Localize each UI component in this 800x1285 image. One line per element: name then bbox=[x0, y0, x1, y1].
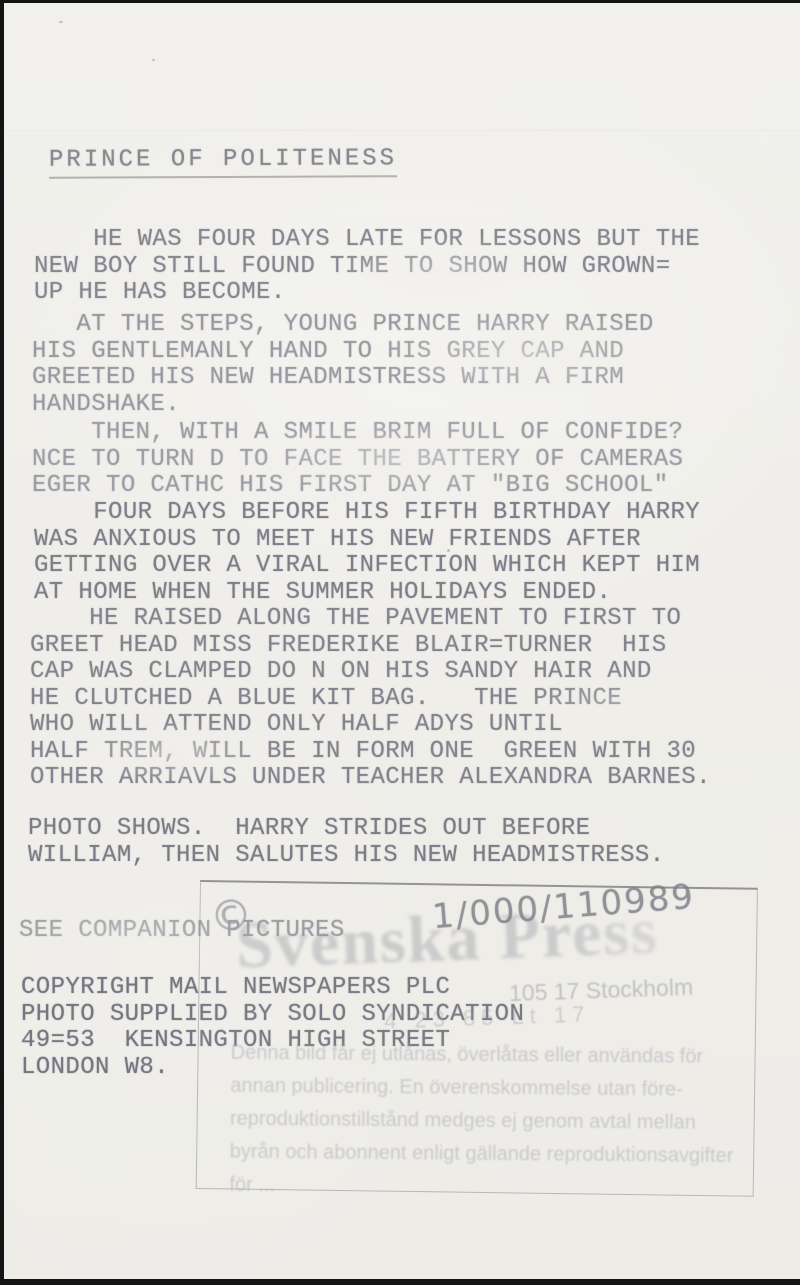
paragraph-pavement: HE RAISED ALONG THE PAVEMENT TO FIRST TO… bbox=[30, 606, 711, 792]
copyright-icon: © bbox=[207, 888, 255, 942]
paper-seam-line bbox=[4, 130, 800, 132]
paragraph-smile: THEN, WITH A SMILE BRIM FULL OF CONFIDE?… bbox=[32, 420, 683, 500]
paragraph-intro: HE WAS FOUR DAYS LATE FOR LESSONS BUT TH… bbox=[34, 227, 700, 307]
paper-speck bbox=[59, 21, 63, 23]
paper-speck bbox=[152, 59, 155, 61]
photo-caption: PHOTO SHOWS. HARRY STRIDES OUT BEFORE WI… bbox=[28, 816, 665, 869]
page-title: PRINCE OF POLITENESS bbox=[49, 145, 397, 179]
scanned-photo-caption-page: PRINCE OF POLITENESS HE WAS FOUR DAYS LA… bbox=[0, 0, 800, 1285]
paper-speck bbox=[447, 549, 450, 552]
paragraph-steps: AT THE STEPS, YOUNG PRINCE HARRY RAISED … bbox=[32, 312, 654, 418]
paragraph-birthday: FOUR DAYS BEFORE HIS FIFTH BIRTHDAY HARR… bbox=[34, 500, 700, 606]
paper-background: PRINCE OF POLITENESS HE WAS FOUR DAYS LA… bbox=[4, 3, 800, 1279]
stamp-conditions-text: Denna bild får ej utlånas, överlåtas ell… bbox=[229, 1037, 760, 1207]
